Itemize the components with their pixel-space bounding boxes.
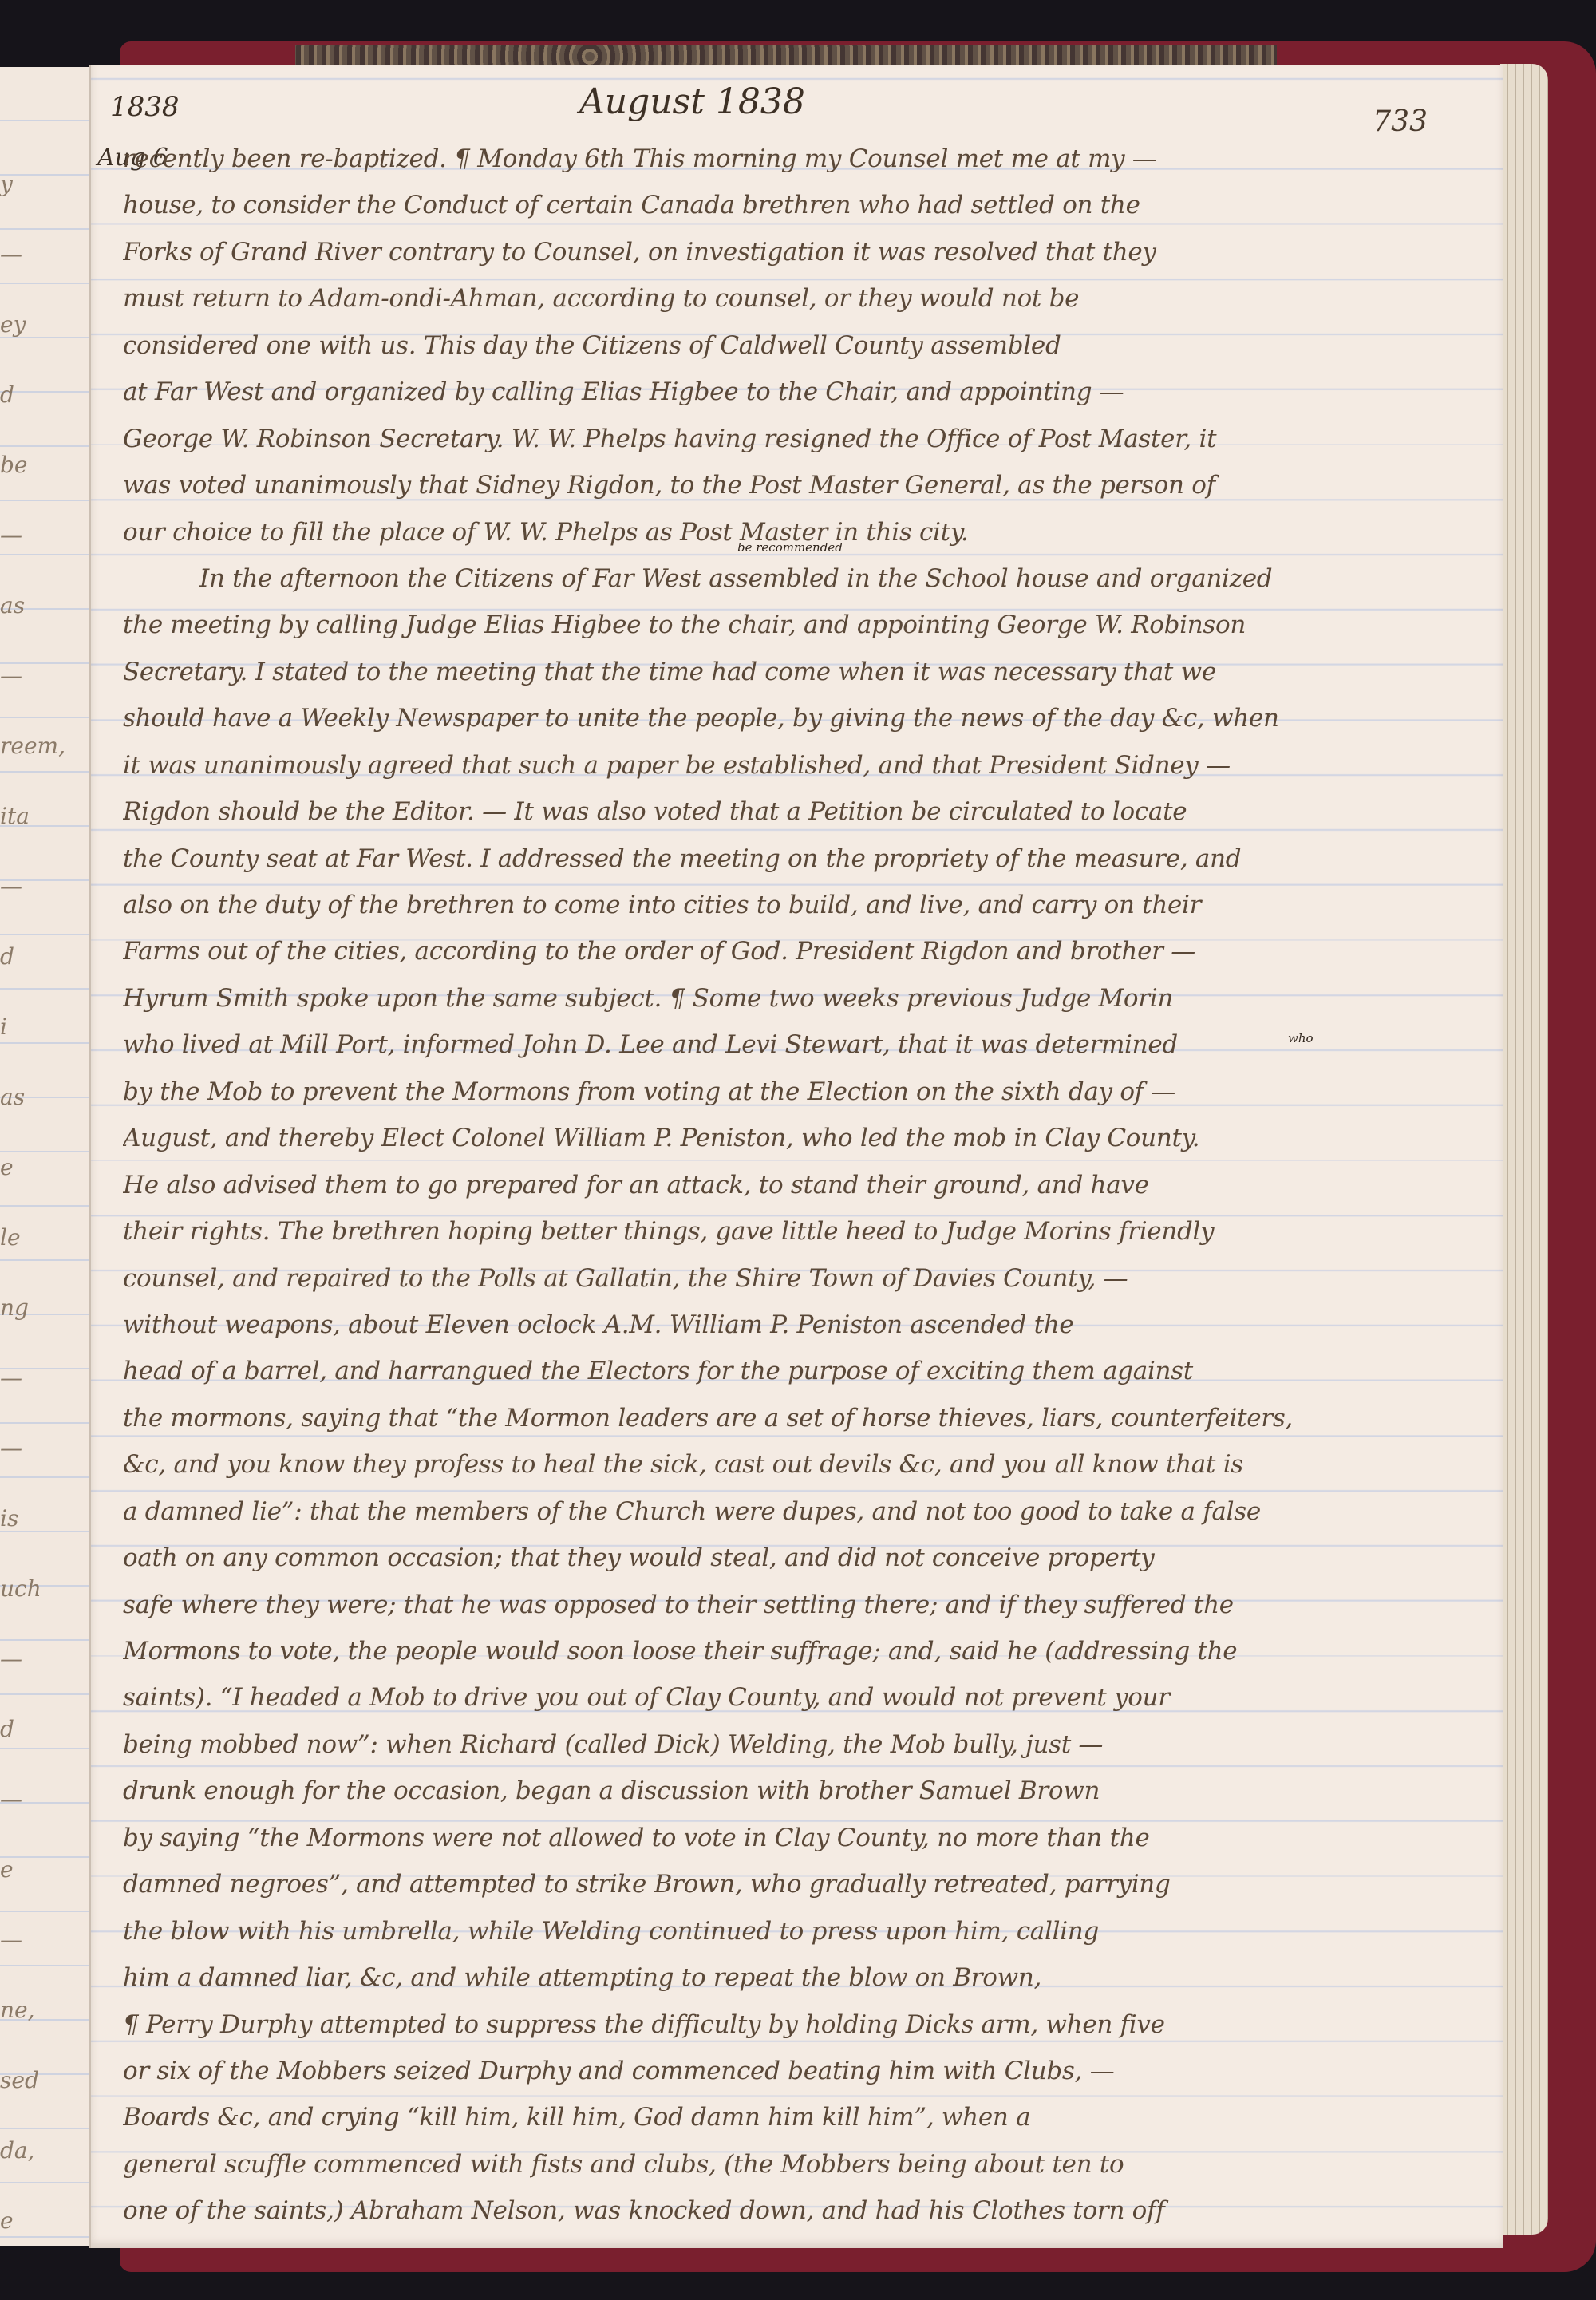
manuscript-line: considered one with us. This day the Cit… (123, 322, 1479, 369)
journal-page: 1838 August 1838 733 Aug 6 be recommende… (89, 65, 1503, 2248)
facing-page-fragment: — (0, 1646, 22, 1672)
manuscript-line: He also advised them to go prepared for … (123, 1162, 1479, 1208)
page-header: 1838 August 1838 733 (91, 65, 1503, 121)
manuscript-line: also on the duty of the brethren to come… (123, 882, 1479, 928)
facing-page-fragment: be (0, 452, 28, 478)
manuscript-line: a damned lie”: that the members of the C… (123, 1488, 1479, 1535)
facing-page-fragment: i (0, 1014, 7, 1040)
manuscript-line: him a damned liar, &c, and while attempt… (123, 1954, 1479, 2001)
facing-page-fragment: is (0, 1505, 18, 1531)
manuscript-line: by the Mob to prevent the Mormons from v… (123, 1069, 1479, 1115)
manuscript-line: their rights. The brethren hoping better… (123, 1208, 1479, 1255)
facing-page-fragment: y (0, 171, 13, 197)
facing-page-fragment: d (0, 381, 14, 408)
manuscript-line: general scuffle commenced with fists and… (123, 2141, 1479, 2187)
facing-page-fragment: le (0, 1224, 21, 1251)
manuscript-line: or six of the Mobbers seized Durphy and … (123, 2048, 1479, 2094)
facing-page-fragment: as (0, 1084, 25, 1110)
manuscript-line: the County seat at Far West. I addressed… (123, 836, 1479, 882)
manuscript-line: the blow with his umbrella, while Weldin… (123, 1908, 1479, 1954)
manuscript-line: being mobbed now”: when Richard (called … (123, 1721, 1479, 1768)
manuscript-line: by saying “the Mormons were not allowed … (123, 1815, 1479, 1861)
manuscript-line: &c, and you know they profess to heal th… (123, 1441, 1479, 1488)
facing-page-fragment: e (0, 2207, 14, 2234)
manuscript-line: damned negroes”, and attempted to strike… (123, 1861, 1479, 1907)
facing-page-fragment: — (0, 1365, 22, 1391)
facing-page-fragment: e (0, 1154, 14, 1180)
manuscript-line: who lived at Mill Port, informed John D.… (123, 1022, 1479, 1068)
manuscript-line: must return to Adam-ondi-Ahman, accordin… (123, 275, 1479, 322)
facing-page-fragment: d (0, 1716, 14, 1742)
facing-page-fragment: e (0, 1856, 14, 1883)
facing-page-fragment: ita (0, 803, 30, 829)
manuscript-line: Hyrum Smith spoke upon the same subject.… (123, 975, 1479, 1022)
page-stack-edge (1500, 64, 1548, 2235)
manuscript-line: it was unanimously agreed that such a pa… (123, 742, 1479, 788)
facing-page-fragment: — (0, 241, 22, 267)
facing-page-fragment: as (0, 592, 25, 618)
facing-page-fragment: — (0, 1786, 22, 1812)
facing-page-fragment: reem, (0, 733, 65, 759)
facing-page-fragment: — (0, 662, 22, 689)
manuscript-line: Forks of Grand River contrary to Counsel… (123, 229, 1479, 275)
manuscript-line: counsel, and repaired to the Polls at Ga… (123, 1255, 1479, 1302)
manuscript-line: recently been re-baptized. ¶ Monday 6th … (123, 136, 1479, 182)
facing-page-fragment: ng (0, 1294, 29, 1321)
header-title: August 1838 (579, 81, 805, 122)
manuscript-line: one of the saints,) Abraham Nelson, was … (123, 2187, 1479, 2234)
manuscript-line: George W. Robinson Secretary. W. W. Phel… (123, 416, 1479, 462)
manuscript-line: without weapons, about Eleven oclock A.M… (123, 1302, 1479, 1348)
facing-page-fragment: d (0, 943, 14, 970)
manuscript-line: drunk enough for the occasion, began a d… (123, 1768, 1479, 1814)
manuscript-line: Mormons to vote, the people would soon l… (123, 1628, 1479, 1674)
facing-page: y—eydbe—as—reem,ita—diaseleng——isuch—d—e… (0, 67, 91, 2246)
manuscript-text: recently been re-baptized. ¶ Monday 6th … (123, 136, 1479, 2235)
facing-page-fragment: ne, (0, 1997, 35, 2023)
facing-page-fragment: — (0, 522, 22, 548)
manuscript-line: saints). “I headed a Mob to drive you ou… (123, 1674, 1479, 1721)
manuscript-line: should have a Weekly Newspaper to unite … (123, 695, 1479, 741)
manuscript-line: oath on any common occasion; that they w… (123, 1535, 1479, 1581)
manuscript-line: our choice to fill the place of W. W. Ph… (123, 509, 1479, 555)
manuscript-line: Boards &c, and crying “kill him, kill hi… (123, 2094, 1479, 2140)
manuscript-line: In the afternoon the Citizens of Far Wes… (123, 555, 1479, 602)
manuscript-line: August, and thereby Elect Colonel Willia… (123, 1115, 1479, 1161)
facing-page-fragment: da, (0, 2137, 35, 2164)
manuscript-line: at Far West and organized by calling Eli… (123, 369, 1479, 415)
manuscript-line: the mormons, saying that “the Mormon lea… (123, 1395, 1479, 1441)
manuscript-line: safe where they were; that he was oppose… (123, 1582, 1479, 1628)
manuscript-line: head of a barrel, and harrangued the Ele… (123, 1348, 1479, 1394)
manuscript-line: house, to consider the Conduct of certai… (123, 182, 1479, 228)
manuscript-line: Rigdon should be the Editor. — It was al… (123, 788, 1479, 835)
facing-page-fragment: ey (0, 311, 26, 338)
manuscript-line: the meeting by calling Judge Elias Higbe… (123, 602, 1479, 648)
facing-page-fragment: — (0, 1435, 22, 1461)
facing-page-fragment: uch (0, 1575, 41, 1602)
manuscript-line: ¶ Perry Durphy attempted to suppress the… (123, 2002, 1479, 2048)
header-year: 1838 (110, 91, 180, 123)
facing-page-fragment: — (0, 1927, 22, 1953)
facing-page-fragment: — (0, 873, 22, 899)
manuscript-line: Farms out of the cities, according to th… (123, 928, 1479, 974)
manuscript-line: was voted unanimously that Sidney Rigdon… (123, 462, 1479, 508)
page-number: 733 (1373, 105, 1428, 138)
manuscript-line: Secretary. I stated to the meeting that … (123, 649, 1479, 695)
facing-page-fragment: sed (0, 2067, 39, 2093)
facing-page-fragments: y—eydbe—as—reem,ita—diaseleng——isuch—d—e… (0, 67, 89, 2246)
